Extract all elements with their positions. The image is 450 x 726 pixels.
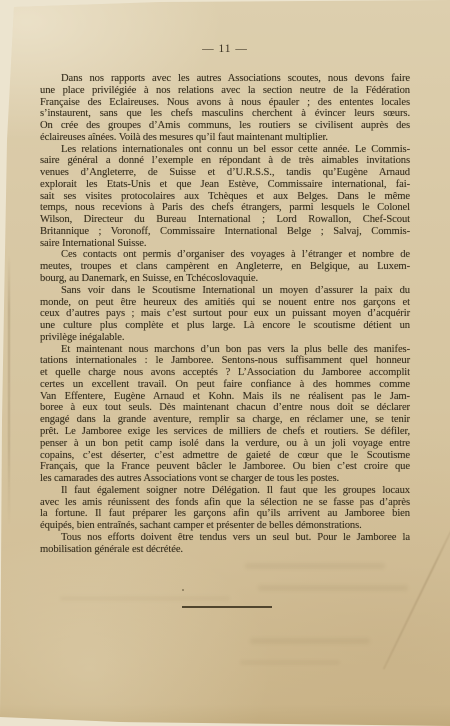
text-line: prêt. Le Jamboree exige les services de …: [40, 426, 410, 438]
text-line: venues d’Angleterre, de Suisse et d’U.R.…: [40, 167, 410, 179]
paragraph: Ces contacts ont permis d’organiser des …: [40, 249, 410, 284]
text-line: copains, c’est déserter, c’est admettre …: [40, 450, 410, 462]
text-line: privilège inégalable.: [40, 332, 410, 344]
bleedthrough-smudge: [258, 585, 408, 591]
text-line: Française des Eclaireuses. Nous avons à …: [40, 97, 410, 109]
ink-speck: [182, 589, 184, 591]
text-line: une place privilégiée à nos relations av…: [40, 85, 410, 97]
text-line: Tous nos efforts doivent être tendus ver…: [40, 532, 410, 544]
text-line: monde, on peut être heureux des amitiés …: [40, 297, 410, 309]
text-line: On crée des groupes d’Amis communs, les …: [40, 120, 410, 132]
paragraph: Et maintenant nous marchons d’un bon pas…: [40, 344, 410, 485]
text-line: Dans nos rapports avec les autres Associ…: [40, 73, 410, 85]
text-line: et quelle charge nous avons acceptés ? L…: [40, 367, 410, 379]
text-line: sait ses visites protocolaires aux Tchèq…: [40, 191, 410, 203]
text-line: meutes, troupes et clans campèrent en An…: [40, 261, 410, 273]
section-divider-rule: [182, 606, 272, 608]
text-line: Sans voir dans le Scoutisme Internationa…: [40, 285, 410, 297]
text-line: Ces contacts ont permis d’organiser des …: [40, 249, 410, 261]
text-line: penser à un bon petit camp isolé dans la…: [40, 438, 410, 450]
text-line: boree à eux tout seuls. Dès maintenant c…: [40, 402, 410, 414]
text-line: s’instaurent, sans que les chefs masculi…: [40, 108, 410, 120]
text-line: Les relations internationales ont connu …: [40, 144, 410, 156]
text-line: temps, nous recevions à Paris des chefs …: [40, 202, 410, 214]
page-number: — 11 —: [40, 43, 410, 55]
text-line: éclaireuses aînées. Voilà des mesures qu…: [40, 132, 410, 144]
text-line: certes un excellent travail. On peut fai…: [40, 379, 410, 391]
text-line: les camarades des autres Associations vo…: [40, 473, 410, 485]
bleedthrough-smudge: [250, 638, 370, 644]
text-line: équipés, bien entraînés, sachant camper …: [40, 520, 410, 532]
text-line: saire International Suisse.: [40, 238, 410, 250]
paper-crease-left: [8, 255, 10, 525]
bleedthrough-smudge: [240, 660, 340, 665]
paragraph: Tous nos efforts doivent être tendus ver…: [40, 532, 410, 556]
text-line: une culture plus complète et plus large.…: [40, 320, 410, 332]
text-line: saire général a donné l’exemple en répon…: [40, 155, 410, 167]
text-line: Français, que la France peuvent bâcler l…: [40, 461, 410, 473]
text-line: tations internationales : le Jamboree. S…: [40, 355, 410, 367]
paragraph: Les relations internationales ont connu …: [40, 144, 410, 250]
text-line: Van Effentere, Eugène Arnaud et Kohn. Ma…: [40, 391, 410, 403]
text-line: engagé dans la grande aventure, remplir …: [40, 414, 410, 426]
bleedthrough-smudge: [60, 596, 230, 601]
page-text: Dans nos rapports avec les autres Associ…: [40, 73, 410, 555]
text-line: Britannique ; Voronoff, Commissaire Inte…: [40, 226, 410, 238]
text-line: Wilson, Directeur du Bureau Internationa…: [40, 214, 410, 226]
document-scan: — 11 — Dans nos rapports avec les autres…: [0, 0, 450, 726]
paragraph: Il faut également soigner notre Délégati…: [40, 485, 410, 532]
text-line: bourg, au Danemark, en Suisse, en Tchéco…: [40, 273, 410, 285]
text-line: la fortune. Il faut préparer les garçons…: [40, 508, 410, 520]
text-line: avec les amis réunissent des fonds afin …: [40, 497, 410, 509]
text-line: explorait les Etats-Unis et que Jean Est…: [40, 179, 410, 191]
text-line: ceux d’autres pays ; mais c’est surtout …: [40, 308, 410, 320]
paragraph: Sans voir dans le Scoutisme Internationa…: [40, 285, 410, 344]
bleedthrough-smudge: [245, 563, 385, 569]
text-line: Et maintenant nous marchons d’un bon pas…: [40, 344, 410, 356]
text-line: mobilisation générale est décrétée.: [40, 544, 410, 556]
text-line: Il faut également soigner notre Délégati…: [40, 485, 410, 497]
paragraph: Dans nos rapports avec les autres Associ…: [40, 73, 410, 144]
